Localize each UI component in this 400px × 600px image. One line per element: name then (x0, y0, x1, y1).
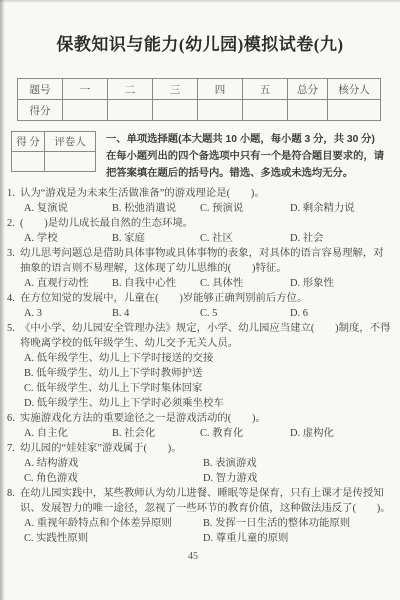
question-text: 幼儿思考问题总是借助具体事物或具体事物的表象，对具体的语言容易理解，对抽象的语言… (20, 248, 384, 274)
option-item: B. 发挥一日生活的整体功能原则 (203, 516, 392, 531)
option-item: C. 角色游戏 (24, 471, 203, 486)
score-table-header-cell: 总分 (288, 79, 328, 100)
option-item: D. 剩余精力说 (290, 201, 392, 216)
question-options: A. 重视年龄特点和个体差异原则 B. 发挥一日生活的整体功能原则 C. 实践性… (24, 516, 392, 546)
question-number: 6. (7, 411, 20, 426)
option-item: C. 低年级学生、幼儿上下学时集体回家 (24, 381, 392, 396)
question-item: 4.在方位知觉的发展中，儿童在( )岁能够正确判别前后方位。 A. 3 B. 4… (7, 291, 392, 321)
score-table-header-cell: 五 (243, 79, 288, 100)
option-item: B. 社会化 (112, 426, 200, 441)
option-item: C. 社区 (200, 231, 290, 246)
question-item: 6.实施游戏化方法的重要途径之一是游戏活动的( )。 A. 自主化 B. 社会化… (7, 411, 392, 441)
question-item: 3.幼儿思考问题总是借助具体事物或具体事物的表象，对具体的语言容易理解，对抽象的… (7, 246, 392, 291)
option-item: B. 松弛消遣说 (112, 201, 200, 216)
question-item: 1.认为“游戏是为未来生活做准备”的游戏理论是( )。 A. 复演说 B. 松弛… (7, 186, 392, 216)
question-number: 3. (7, 246, 20, 261)
question-number: 7. (7, 441, 20, 456)
score-table-header-cell: 一 (63, 79, 108, 100)
score-cell-empty (243, 100, 288, 121)
option-item: A. 低年级学生、幼儿上下学时接送的交接 (24, 351, 392, 366)
score-table: 题号 一 二 三 四 五 总分 核分人 得分 (17, 78, 381, 121)
question-number: 5. (7, 321, 20, 336)
score-cell-empty (108, 100, 153, 121)
question-number: 2. (7, 216, 20, 231)
option-item: A. 直观行动性 (24, 276, 112, 291)
question-text: 幼儿园的“娃娃家”游戏属于( )。 (20, 443, 182, 454)
score-cell-empty (198, 100, 243, 121)
grader-box: 得 分 评卷人 (11, 131, 96, 172)
option-item: B. 表演游戏 (203, 456, 392, 471)
section-one-header: 得 分 评卷人 一、单项选择题(本大题共 10 小题，每小题 3 分，共 30 … (11, 131, 400, 182)
question-text: 认为“游戏是为未来生活做准备”的游戏理论是( )。 (20, 188, 265, 199)
question-options: A. 低年级学生、幼儿上下学时接送的交接 B. 低年级学生、幼儿上下学时教师护送… (24, 351, 392, 411)
option-item: D. 智力游戏 (203, 471, 392, 486)
question-options: A. 3 B. 4 C. 5 D. 6 (24, 306, 392, 321)
grader-box-grader-label: 评卷人 (45, 132, 96, 152)
option-item: C. 5 (200, 306, 290, 321)
option-item: A. 学校 (24, 231, 112, 246)
grader-box-score-label: 得 分 (12, 132, 45, 152)
option-item: B. 家庭 (112, 231, 200, 246)
question-options: A. 复演说 B. 松弛消遣说 C. 预演说 D. 剩余精力说 (24, 201, 392, 216)
score-cell-empty (288, 100, 328, 121)
page-title: 保教知识与能力(幼儿园)模拟试卷(九) (0, 30, 400, 55)
question-options: A. 结构游戏 B. 表演游戏 C. 角色游戏 D. 智力游戏 (24, 456, 392, 486)
option-item: C. 教育化 (200, 426, 290, 441)
option-item: A. 3 (24, 306, 112, 321)
grader-box-empty-cell (12, 152, 45, 172)
option-item: A. 自主化 (24, 426, 112, 441)
option-item: A. 结构游戏 (24, 456, 203, 471)
score-cell-empty (153, 100, 198, 121)
score-table-header-row: 题号 一 二 三 四 五 总分 核分人 (18, 79, 381, 100)
option-item: B. 4 (112, 306, 200, 321)
question-options: A. 直观行动性 B. 自我中心性 C. 具体性 D. 形象性 (24, 276, 392, 291)
question-item: 5.《中小学、幼儿园安全管理办法》规定，小学、幼儿园应当建立( )制度，不得将晚… (7, 321, 392, 411)
option-item: D. 6 (290, 306, 392, 321)
score-table-header-cell: 核分人 (328, 79, 381, 100)
question-text: 在幼儿园实践中，某些教师认为幼儿进餐、睡眠等是保育，只有上课才是传授知识、发展智… (20, 488, 391, 514)
question-item: 2.( )是幼儿成长最自然的生态环境。 A. 学校 B. 家庭 C. 社区 D.… (7, 216, 392, 246)
question-list: 1.认为“游戏是为未来生活做准备”的游戏理论是( )。 A. 复演说 B. 松弛… (0, 186, 400, 546)
score-table-header-cell: 题号 (18, 79, 63, 100)
score-cell-empty (63, 100, 108, 121)
option-item: A. 复演说 (24, 201, 112, 216)
score-table-header-cell: 四 (198, 79, 243, 100)
option-item: A. 重视年龄特点和个体差异原则 (24, 516, 203, 531)
option-item: C. 实践性原则 (24, 531, 203, 546)
section-instructions-line: 在每小题列出的四个备选项中只有一个是符合题目要求的，请 (106, 148, 398, 165)
question-text: ( )是幼儿成长最自然的生态环境。 (20, 218, 193, 229)
section-instructions-line: 把答案填在题后的括号内。错选、多选或未选均无分。 (106, 165, 398, 182)
score-table-score-row: 得分 (18, 100, 381, 121)
question-number: 1. (7, 186, 20, 201)
section-instructions-line: 一、单项选择题(本大题共 10 小题，每小题 3 分，共 30 分) (106, 131, 398, 148)
question-number: 8. (7, 486, 20, 501)
option-item: D. 虚构化 (290, 426, 392, 441)
exam-page: 保教知识与能力(幼儿园)模拟试卷(九) 题号 一 二 三 四 五 总分 核分人 … (0, 0, 400, 600)
grader-box-empty-cell (45, 152, 96, 172)
option-item: C. 预演说 (200, 201, 290, 216)
question-options: A. 自主化 B. 社会化 C. 教育化 D. 虚构化 (24, 426, 392, 441)
score-cell-empty (328, 100, 381, 121)
question-text: 《中小学、幼儿园安全管理办法》规定，小学、幼儿园应当建立( )制度，不得将晚离学… (20, 323, 391, 349)
option-item: D. 形象性 (290, 276, 392, 291)
option-item: D. 社会 (290, 231, 392, 246)
page-number: 45 (0, 551, 386, 562)
question-text: 在方位知觉的发展中，儿童在( )岁能够正确判别前后方位。 (20, 293, 307, 304)
option-item: C. 具体性 (200, 276, 290, 291)
question-options: A. 学校 B. 家庭 C. 社区 D. 社会 (24, 231, 392, 246)
option-item: D. 尊重儿童的原则 (203, 531, 392, 546)
question-text: 实施游戏化方法的重要途径之一是游戏活动的( )。 (20, 413, 266, 424)
score-table-header-cell: 二 (108, 79, 153, 100)
question-item: 7.幼儿园的“娃娃家”游戏属于( )。 A. 结构游戏 B. 表演游戏 C. 角… (7, 441, 392, 486)
option-item: B. 自我中心性 (112, 276, 200, 291)
score-row-label: 得分 (18, 100, 63, 121)
question-item: 8.在幼儿园实践中，某些教师认为幼儿进餐、睡眠等是保育，只有上课才是传授知识、发… (7, 486, 392, 546)
score-table-header-cell: 三 (153, 79, 198, 100)
option-item: B. 低年级学生、幼儿上下学时教师护送 (24, 366, 392, 381)
section-instructions: 一、单项选择题(本大题共 10 小题，每小题 3 分，共 30 分) 在每小题列… (106, 131, 398, 182)
option-item: D. 低年级学生、幼儿上下学时必须乘坐校车 (24, 396, 392, 411)
question-number: 4. (7, 291, 20, 306)
